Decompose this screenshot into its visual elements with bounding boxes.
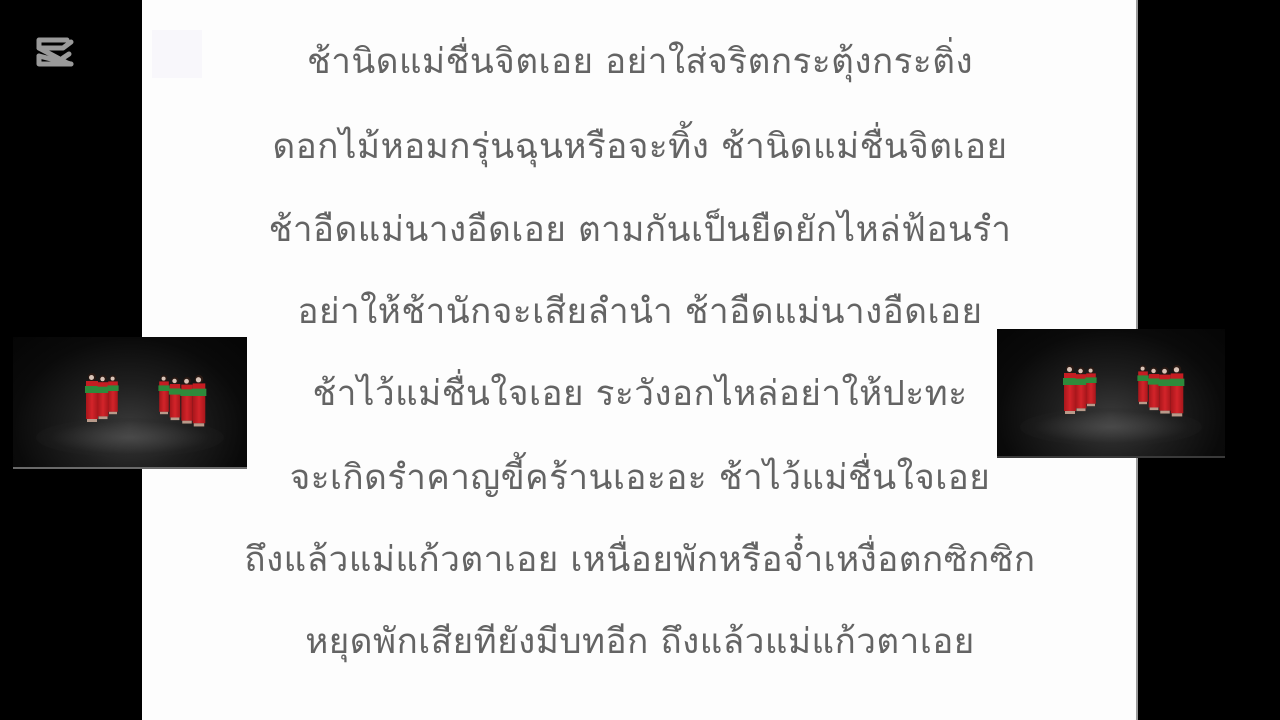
- lyric-line-2: ดอกไม้หอมกรุ่นฉุนหรือจะทิ้ง ช้านิดแม่ชื่…: [142, 125, 1138, 169]
- capcut-logo-icon: [33, 36, 75, 68]
- lyric-line-6: จะเกิดรำคาญขี้คร้านเอะอะ ช้าไว้แม่ชื่นใจ…: [142, 456, 1138, 500]
- lyric-line-1: ช้านิดแม่ชื่นจิตเอย อย่าใส่จริตกระตุ้งกร…: [142, 40, 1138, 84]
- lyric-line-7: ถึงแล้วแม่แก้วตาเอย เหนื่อยพักหรือจ๋ำเหง…: [142, 538, 1138, 582]
- lyric-line-5: ช้าไว้แม่ชื่นใจเอย ระวังอกไหล่อย่าให้ปะท…: [142, 372, 1138, 416]
- video-frame: ช้านิดแม่ชื่นจิตเอย อย่าใส่จริตกระตุ้งกร…: [0, 0, 1280, 720]
- lyrics-panel: [142, 0, 1138, 720]
- lyric-line-8: หยุดพักเสียทียังมีบทอีก ถึงแล้วแม่แก้วตา…: [142, 620, 1138, 664]
- lyric-line-3: ช้าอืดแม่นางอืดเอย ตามกันเป็นยืดยักไหล่ฟ…: [142, 208, 1138, 252]
- dance-video-thumbnail-left: [13, 337, 247, 469]
- dance-video-thumbnail-right: [997, 329, 1225, 458]
- lyric-line-4: อย่าให้ช้านักจะเสียลำนำ ช้าอืดแม่นางอืดเ…: [142, 290, 1138, 334]
